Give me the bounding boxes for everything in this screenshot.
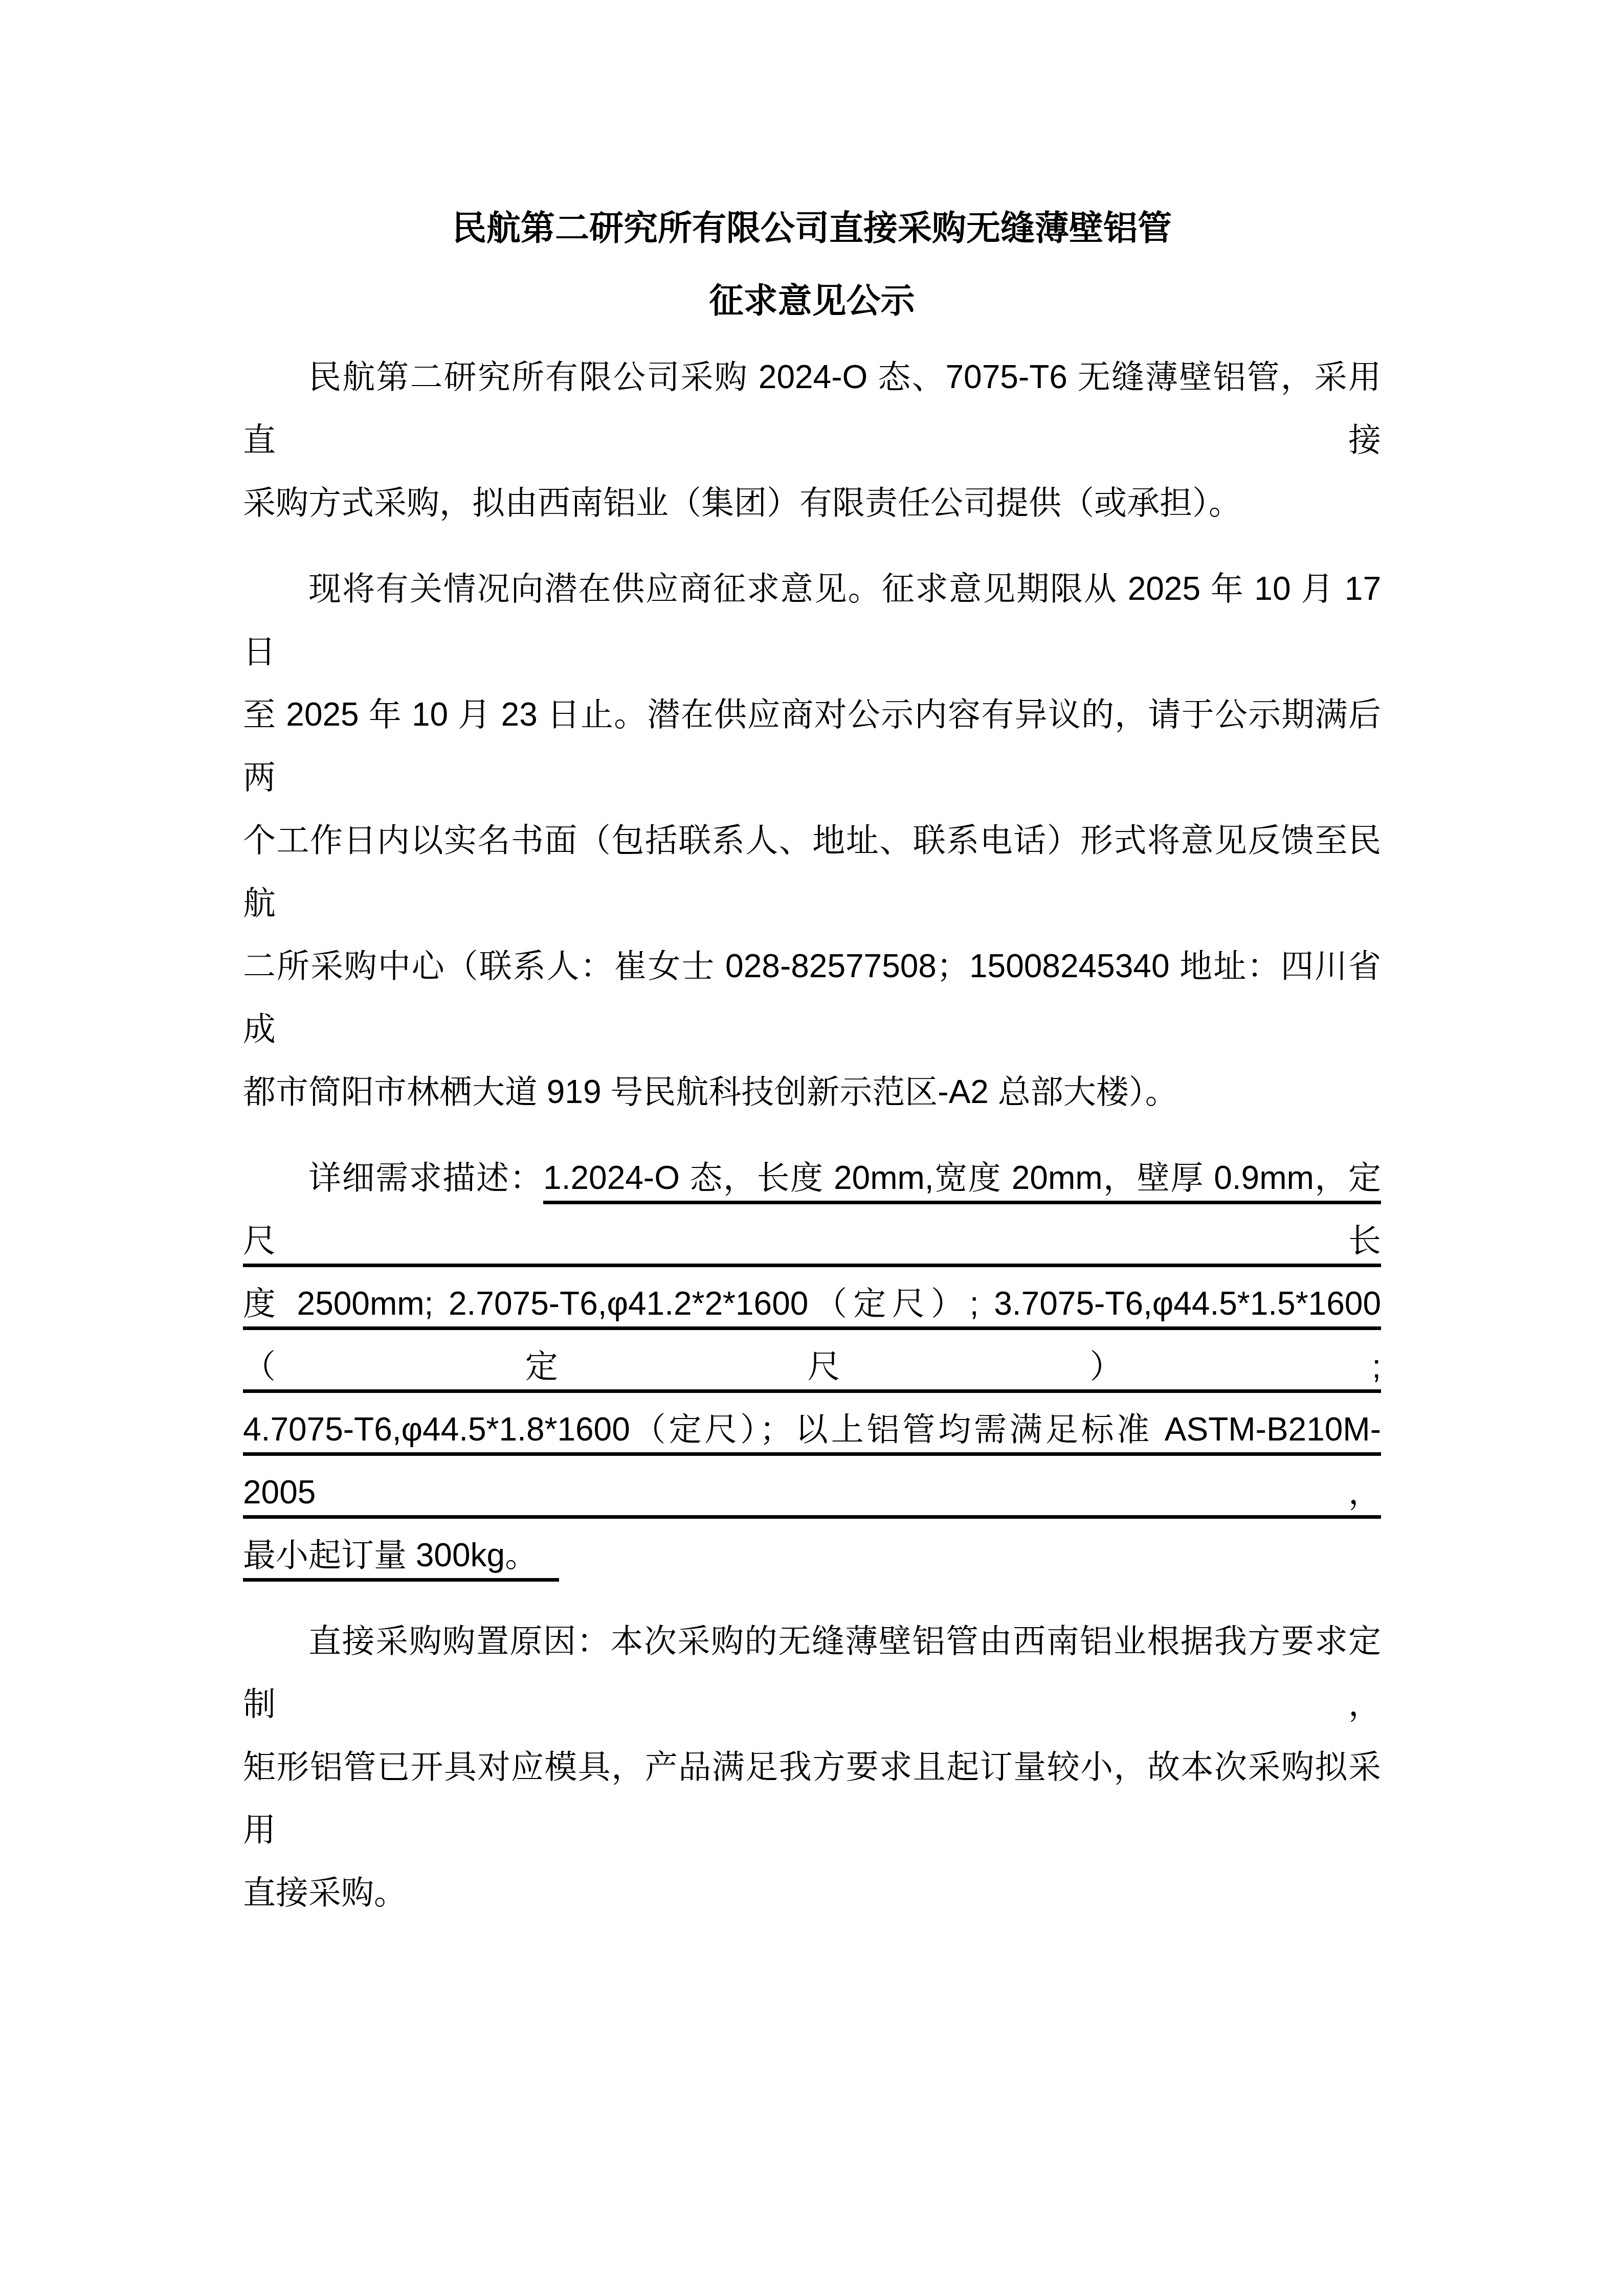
paragraph-line: 二所采购中心（联系人：崔女士 028-82577508；15008245340 …: [243, 935, 1381, 1061]
paragraph-line: 至 2025 年 10 月 23 日止。潜在供应商对公示内容有异议的，请于公示期…: [243, 683, 1381, 809]
paragraph-line: 采购方式采购，拟由西南铝业（集团）有限责任公司提供（或承担）。: [243, 471, 1381, 534]
paragraph-line: 都市简阳市林栖大道 919 号民航科技创新示范区-A2 总部大楼）。: [243, 1061, 1381, 1123]
document-page: 民航第二研究所有限公司直接采购无缝薄壁铝管 征求意见公示 民航第二研究所有限公司…: [0, 0, 1624, 2296]
requirements-underlined-text: 度 2500mm; 2.7075-T6,φ41.2*2*1600（定尺）; 3.…: [243, 1285, 1381, 1393]
paragraph-line: 矩形铝管已开具对应模具，产品满足我方要求且起订量较小，故本次采购拟采用: [243, 1736, 1381, 1861]
document-body: 民航第二研究所有限公司采购 2024-O 态、7075-T6 无缝薄壁铝管，采用…: [243, 346, 1381, 1924]
paragraph-requirements: 详细需求描述：1.2024-O 态，长度 20mm,宽度 20mm，壁厚 0.9…: [243, 1146, 1381, 1587]
paragraph-line: 现将有关情况向潜在供应商征求意见。征求意见期限从 2025 年 10 月 17 …: [243, 557, 1381, 683]
paragraph-line: 4.7075-T6,φ44.5*1.8*1600（定尺）；以上铝管均需满足标准 …: [243, 1398, 1381, 1524]
paragraph-direct-purchase-reason: 直接采购购置原因：本次采购的无缝薄壁铝管由西南铝业根据我方要求定制， 矩形铝管已…: [243, 1610, 1381, 1924]
paragraph-procurement-intro: 民航第二研究所有限公司采购 2024-O 态、7075-T6 无缝薄壁铝管，采用…: [243, 346, 1381, 534]
paragraph-line: 直接采购。: [243, 1861, 1381, 1924]
document-title: 民航第二研究所有限公司直接采购无缝薄壁铝管: [243, 192, 1381, 265]
document-subtitle: 征求意见公示: [243, 265, 1381, 337]
paragraph-line: 详细需求描述：1.2024-O 态，长度 20mm,宽度 20mm，壁厚 0.9…: [243, 1146, 1381, 1272]
requirements-label: 详细需求描述：: [308, 1159, 543, 1196]
paragraph-line: 个工作日内以实名书面（包括联系人、地址、联系电话）形式将意见反馈至民航: [243, 809, 1381, 935]
paragraph-comment-period: 现将有关情况向潜在供应商征求意见。征求意见期限从 2025 年 10 月 17 …: [243, 557, 1381, 1123]
requirements-underlined-text: 最小起订量 300kg。: [243, 1537, 559, 1582]
paragraph-line: 民航第二研究所有限公司采购 2024-O 态、7075-T6 无缝薄壁铝管，采用…: [243, 346, 1381, 471]
paragraph-line: 直接采购购置原因：本次采购的无缝薄壁铝管由西南铝业根据我方要求定制，: [243, 1610, 1381, 1736]
paragraph-line: 最小起订量 300kg。: [243, 1524, 1381, 1587]
requirements-underlined-text: 4.7075-T6,φ44.5*1.8*1600（定尺）；以上铝管均需满足标准 …: [243, 1411, 1381, 1519]
paragraph-line: 度 2500mm; 2.7075-T6,φ41.2*2*1600（定尺）; 3.…: [243, 1272, 1381, 1398]
